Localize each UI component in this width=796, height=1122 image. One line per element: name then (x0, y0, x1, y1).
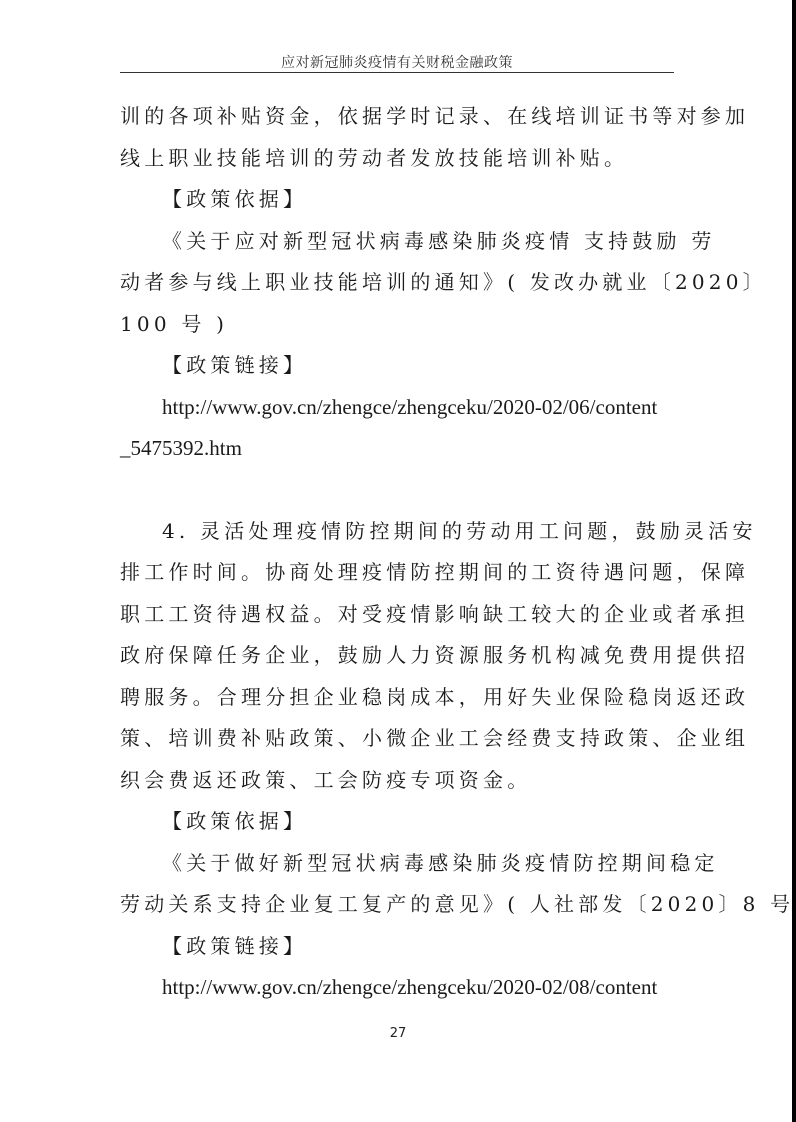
policy-basis-line: 《关于应对新型冠状病毒感染肺炎疫情 支持鼓励 劳 (120, 221, 676, 263)
paragraph-line: 线上职业技能培训的劳动者发放技能培训补贴。 (120, 138, 676, 180)
section-4-line: 4. 灵活处理疫情防控期间的劳动用工问题，鼓励灵活安 (120, 511, 676, 553)
policy-basis-line: 100 号 ) (120, 304, 676, 346)
policy-link-url-continued[interactable]: _5475392.htm (120, 428, 676, 470)
policy-basis-heading: 【政策依据】 (120, 179, 676, 221)
policy-basis-line: 《关于做好新型冠状病毒感染肺炎疫情防控期间稳定 (120, 843, 676, 885)
section-4-line: 聘服务。合理分担企业稳岗成本，用好失业保险稳岗返还政 (120, 677, 676, 719)
policy-link-url[interactable]: http://www.gov.cn/zhengce/zhengceku/2020… (120, 387, 676, 429)
section-4-line: 职工工资待遇权益。对受疫情影响缺工较大的企业或者承担 (120, 594, 676, 636)
paragraph-line: 训的各项补贴资金，依据学时记录、在线培训证书等对参加 (120, 96, 676, 138)
policy-link-heading: 【政策链接】 (120, 345, 676, 387)
section-4-line: 政府保障任务企业，鼓励人力资源服务机构减免费用提供招 (120, 635, 676, 677)
running-header: 应对新冠肺炎疫情有关财税金融政策 (120, 52, 674, 72)
section-4-line: 策、培训费补贴政策、小微企业工会经费支持政策、企业组 (120, 718, 676, 760)
policy-basis-line: 动者参与线上职业技能培训的通知》( 发改办就业〔2020〕 (120, 262, 676, 304)
section-gap (120, 470, 676, 511)
page-number: 27 (0, 1026, 796, 1041)
policy-basis-line: 劳动关系支持企业复工复产的意见》( 人社部发〔2020〕8 号 ) (120, 884, 676, 926)
policy-link-heading: 【政策链接】 (120, 926, 676, 968)
page-edge-strip (792, 0, 796, 1122)
policy-basis-heading: 【政策依据】 (120, 801, 676, 843)
document-body: 训的各项补贴资金，依据学时记录、在线培训证书等对参加 线上职业技能培训的劳动者发… (120, 96, 676, 1009)
policy-link-url[interactable]: http://www.gov.cn/zhengce/zhengceku/2020… (120, 967, 676, 1009)
section-4-line: 排工作时间。协商处理疫情防控期间的工资待遇问题，保障 (120, 552, 676, 594)
header-rule (120, 72, 674, 73)
section-4-line: 织会费返还政策、工会防疫专项资金。 (120, 760, 676, 802)
